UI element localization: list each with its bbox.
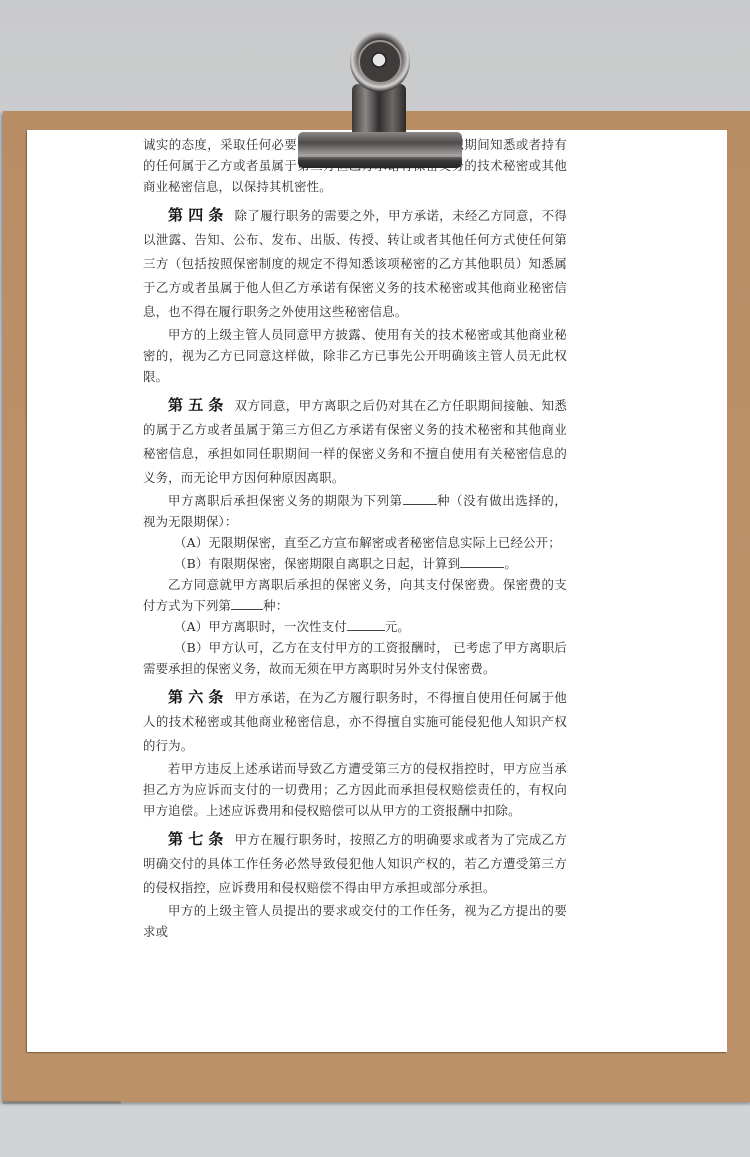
- fill-in-blank[interactable]: [460, 554, 504, 568]
- paragraph: 甲方的上级主管人员提出的要求或交付的工作任务，视为乙方提出的要求或: [143, 900, 567, 942]
- paragraph-fee: 乙方同意就甲方离职后承担的保密义务，向其支付保密费。保密费的支付方式为下列第种：: [143, 574, 567, 616]
- fill-in-blank[interactable]: [231, 596, 263, 610]
- article-title: 第六条: [168, 688, 229, 706]
- article-title: 第七条: [168, 830, 229, 848]
- text-segment: （A）甲方离职时，一次性支付: [174, 619, 347, 634]
- article-7: 第七条甲方在履行职务时，按照乙方的明确要求或者为了完成乙方明确交付的具体工作任务…: [143, 827, 567, 900]
- option-b: （B）甲方认可，乙方在支付甲方的工资报酬时， 已考虑了甲方离职后需要承担的保密义…: [143, 637, 567, 679]
- option-a: （A）甲方离职时，一次性支付元。: [143, 616, 567, 637]
- text-segment: （B）有限期保密，保密期限自离职之日起，计算到: [174, 556, 460, 571]
- clipboard-board-edge: [3, 1101, 121, 1104]
- fill-in-blank[interactable]: [403, 491, 437, 505]
- option-b: （B）有限期保密，保密期限自离职之日起，计算到。: [143, 553, 567, 574]
- paragraph: 若甲方违反上述承诺而导致乙方遭受第三方的侵权指控时，甲方应当承担乙方为应诉而支付…: [143, 758, 567, 821]
- text-segment: 乙方同意就甲方离职后承担的保密义务，向其支付保密费。保密费的支付方式为下列第: [143, 577, 567, 613]
- article-5: 第五条双方同意，甲方离职之后仍对其在乙方任职期间接触、知悉的属于乙方或者虽属于第…: [143, 393, 567, 490]
- text-segment: 种：: [263, 598, 288, 613]
- article-4: 第四条除了履行职务的需要之外，甲方承诺，未经乙方同意，不得以泄露、告知、公布、发…: [143, 203, 567, 324]
- paragraph-term: 甲方离职后承担保密义务的期限为下列第种（没有做出选择的，视为无限期保）：: [143, 490, 567, 532]
- fill-in-blank[interactable]: [347, 617, 385, 631]
- binder-clip-icon: [296, 24, 464, 170]
- article-title: 第四条: [168, 206, 229, 224]
- article-6: 第六条甲方承诺，在为乙方履行职务时，不得擅自使用任何属于他人的技术秘密或其他商业…: [143, 685, 567, 758]
- article-title: 第五条: [168, 396, 229, 414]
- paragraph: 甲方的上级主管人员同意甲方披露、使用有关的技术秘密或其他商业秘密的，视为乙方已同…: [143, 324, 567, 387]
- text-segment: 。: [504, 556, 517, 571]
- text-segment: 元。: [385, 619, 410, 634]
- option-a: （A）无限期保密，直至乙方宣布解密或者秘密信息实际上已经公开；: [143, 532, 567, 553]
- article-text: 除了履行职务的需要之外，甲方承诺，未经乙方同意，不得以泄露、告知、公布、发布、出…: [143, 208, 567, 319]
- text-segment: 甲方离职后承担保密义务的期限为下列第: [168, 493, 403, 508]
- document-body: 诚实的态度，采取任何必要、合理的措施，维护其于任职期间知悉或者持有的任何属于乙方…: [143, 134, 567, 942]
